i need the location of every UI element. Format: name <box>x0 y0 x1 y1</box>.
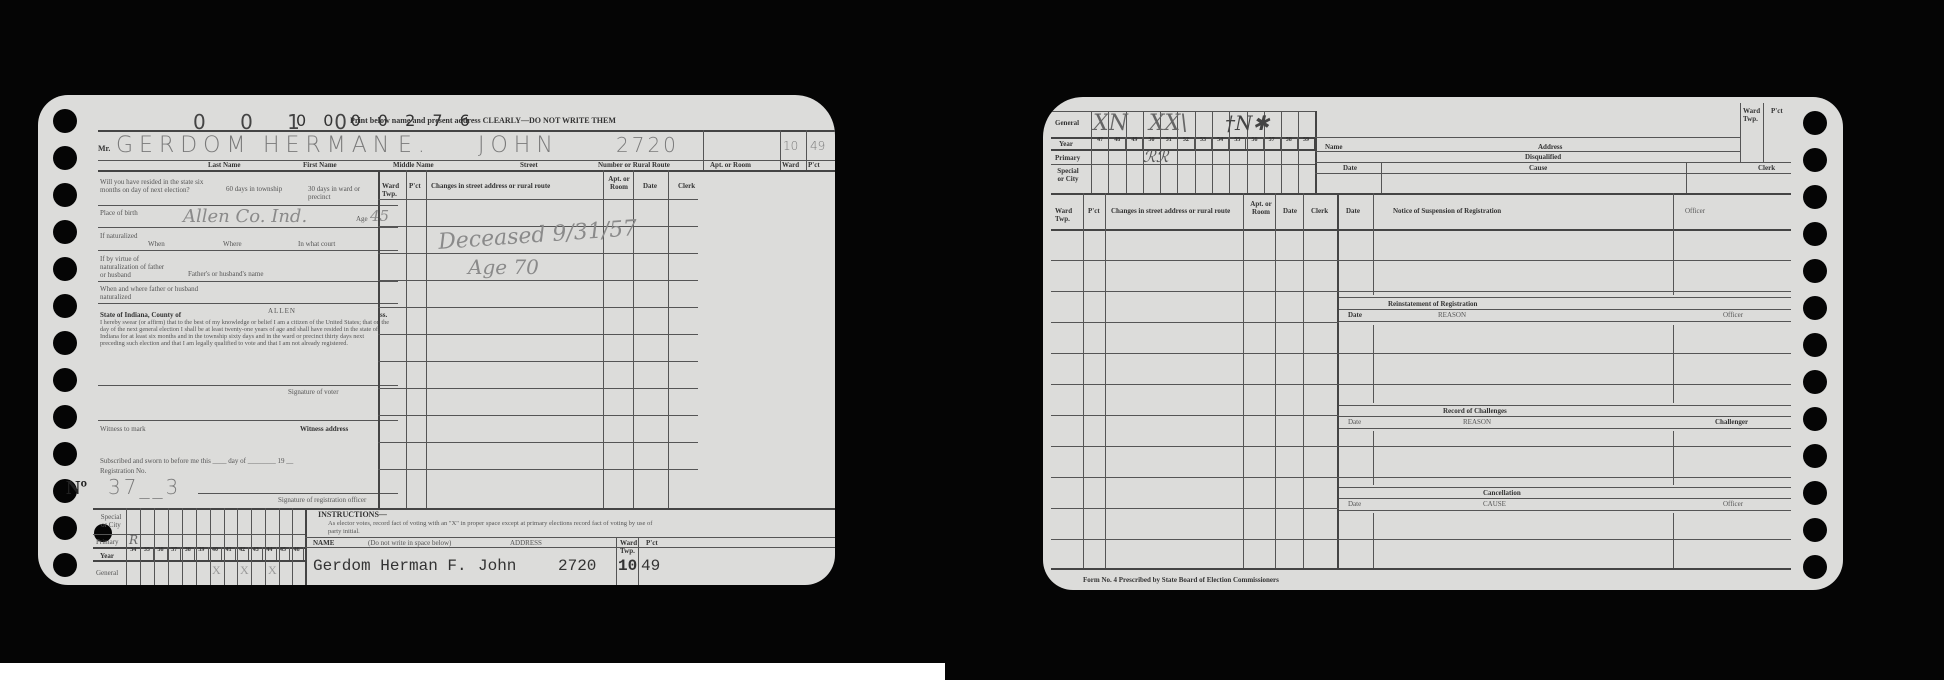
divider <box>1339 498 1791 499</box>
date-label: Date <box>1343 164 1357 172</box>
row-line <box>378 361 698 362</box>
row-general: General <box>1055 119 1079 127</box>
footer-address-header: ADDRESS <box>510 539 542 547</box>
divider <box>1381 162 1382 193</box>
grid-line <box>1212 111 1213 193</box>
col-ward-twp: Ward Twp. <box>382 182 406 198</box>
grid-line <box>1315 111 1317 193</box>
clerk-label: Clerk <box>1758 164 1775 172</box>
col-suspension-officer: Officer <box>1685 207 1705 215</box>
where-label: Where <box>223 240 242 248</box>
handwritten-age-note: Age 70 <box>468 255 539 279</box>
grid-line <box>154 508 155 585</box>
witness-address-label: Witness address <box>300 425 348 433</box>
punch-hole <box>1803 259 1827 283</box>
punch-hole <box>53 183 77 207</box>
typed-number: 2720 <box>558 557 596 575</box>
reinstatement-reason: REASON <box>1438 311 1466 319</box>
header-number: Number or Rural Route <box>598 161 670 169</box>
reinstatement-title: Reinstatement of Registration <box>1388 300 1477 308</box>
cancellation-cause: CAUSE <box>1483 500 1506 508</box>
punch-hole <box>53 553 77 577</box>
col-line <box>1243 193 1244 568</box>
grid-line <box>93 534 305 535</box>
divider <box>806 130 807 170</box>
county-value: ALLEN <box>268 307 296 315</box>
divider <box>1740 103 1741 162</box>
row-line <box>1051 446 1791 447</box>
divider <box>98 281 398 282</box>
cause-label: Cause <box>1529 164 1547 172</box>
typed-street: John <box>478 557 516 575</box>
year-cell: 52 <box>1177 137 1194 149</box>
row-primary: Primary <box>96 538 119 546</box>
signature-officer-label: Signature of registration officer <box>278 496 366 504</box>
col-suspension-notice: Notice of Suspension of Registration <box>1393 207 1501 215</box>
grid-line <box>196 508 197 585</box>
signature-voter-label: Signature of voter <box>288 388 339 396</box>
general-marks: XN XX\ <box>1093 111 1188 136</box>
row-line <box>378 199 698 200</box>
typed-name: Gerdom Herman F. <box>313 557 467 575</box>
year-cell: 35 <box>140 547 154 560</box>
header-ward: Ward <box>782 161 799 169</box>
divider <box>98 303 398 304</box>
instructions-text: As elector votes, record fact of voting … <box>328 520 658 536</box>
voter-registration-card-front: 0 0 1 0 0 0 0 0 2 7 6 Print below name a… <box>38 95 835 585</box>
divider <box>1339 510 1791 511</box>
divider <box>1339 416 1791 417</box>
year-cell: 47 <box>1091 137 1108 149</box>
primary-mark: R <box>129 533 138 547</box>
divider <box>1051 229 1791 231</box>
row-year: Year <box>100 552 114 560</box>
divider <box>1051 193 1791 195</box>
divider <box>780 130 781 170</box>
row-line <box>378 469 698 470</box>
divider <box>1339 405 1791 406</box>
challenges-challenger: Challenger <box>1715 418 1748 426</box>
grid-line <box>1281 111 1282 193</box>
disqualified-label: Disqualified <box>1525 153 1561 161</box>
col-clerk: Clerk <box>678 182 695 190</box>
punch-hole <box>53 146 77 170</box>
when-where-label: When and where father or husband natural… <box>100 285 205 301</box>
when-label: When <box>148 240 165 248</box>
grid-line <box>182 508 183 585</box>
challenges-section <box>1339 403 1791 431</box>
year-cell: 48 <box>1108 137 1125 149</box>
row-line <box>378 388 698 389</box>
naturalized-label: If naturalized <box>100 232 140 240</box>
year-cell: 34 <box>126 547 140 560</box>
grid-line <box>292 508 293 585</box>
col-date: Date <box>643 182 657 190</box>
header-first-name: First Name <box>303 161 337 169</box>
header-street: Street <box>520 161 538 169</box>
header-middle-name: Middle Name <box>393 161 434 169</box>
reinstatement-officer: Officer <box>1723 311 1743 319</box>
punch-hole <box>53 109 77 133</box>
name-label: Name <box>1325 143 1343 151</box>
year-cell: 53 <box>1194 137 1211 149</box>
handwritten-street: JOHN <box>478 133 559 158</box>
footer-name-header: NAME <box>313 539 334 547</box>
residence-question: Will you have resided in the state six m… <box>100 178 205 194</box>
divider <box>1315 137 1740 138</box>
place-of-birth-label: Place of birth <box>100 209 140 217</box>
divider <box>1763 103 1764 162</box>
col-line <box>1105 193 1106 568</box>
grid-line <box>93 560 305 562</box>
handwritten-ward: 10 <box>783 139 798 153</box>
divider <box>98 250 398 251</box>
row-line <box>1051 353 1791 354</box>
col-suspension-date: Date <box>1346 207 1360 215</box>
year-cell: 57 <box>1263 137 1280 149</box>
footer-pct-header: P'ct <box>646 539 658 547</box>
col-line <box>1303 193 1304 568</box>
cancellation-section <box>1339 485 1791 513</box>
row-line <box>378 442 698 443</box>
punch-hole <box>53 257 77 281</box>
ss-label: ss. <box>380 311 387 319</box>
col-line <box>1083 193 1084 568</box>
punch-hole <box>53 331 77 355</box>
divider <box>426 170 427 508</box>
challenges-reason: REASON <box>1463 418 1491 426</box>
row-special-city: Special or City <box>1057 167 1079 183</box>
row-line <box>378 253 698 254</box>
handwritten-number: 2720 <box>616 133 679 157</box>
punch-hole <box>1803 111 1827 135</box>
voter-registration-card-back: General Year Primary Special or City 47 … <box>1043 97 1843 590</box>
punch-hole <box>53 516 77 540</box>
general-mark-1942: X <box>240 563 249 578</box>
reinstatement-date: Date <box>1348 311 1362 319</box>
divider <box>93 508 835 510</box>
divider <box>1051 568 1791 570</box>
year-row: 34 35 36 37 38 39 40 41 42 43 44 45 46 <box>126 547 304 560</box>
col-apt: Apt. or Room <box>1248 200 1274 216</box>
grid-line <box>210 508 211 585</box>
divider <box>1339 309 1791 310</box>
grid-line <box>140 508 141 585</box>
cancellation-title: Cancellation <box>1483 489 1521 497</box>
divider <box>668 170 669 508</box>
general-marks-late: †N✱ <box>1225 111 1269 135</box>
divider <box>1339 428 1791 429</box>
punch-hole <box>1803 185 1827 209</box>
year-cell: 49 <box>1125 137 1142 149</box>
challenges-date: Date <box>1348 418 1361 426</box>
signature-line <box>98 385 398 386</box>
row-special-city: Special or City <box>98 513 124 529</box>
divider <box>1315 173 1791 174</box>
row-year: Year <box>1059 140 1073 148</box>
oath-text: I hereby swear (or affirm) that to the b… <box>100 319 390 347</box>
grid-line <box>1298 111 1299 193</box>
instructions-title: INSTRUCTIONS— <box>318 511 387 519</box>
typed-pct: 49 <box>641 557 660 575</box>
col-line <box>1275 193 1276 568</box>
row-line <box>378 280 698 281</box>
grid-line <box>126 508 127 585</box>
year-cell: 54 <box>1211 137 1228 149</box>
punch-hole <box>1803 407 1827 431</box>
township-label: 60 days in township <box>226 185 286 193</box>
col-changes: Changes in street address or rural route <box>431 182 550 190</box>
divider <box>98 227 398 228</box>
cancellation-date: Date <box>1348 500 1361 508</box>
handwritten-middle-initial: E. <box>398 133 431 158</box>
col-date: Date <box>1283 207 1297 215</box>
primary-marks: ℛℛ <box>1143 147 1169 166</box>
punch-hole <box>53 368 77 392</box>
divider <box>638 537 639 585</box>
grid-line <box>224 508 225 585</box>
header-last-name: Last Name <box>208 161 240 169</box>
row-line <box>1051 260 1791 261</box>
footer-note: (Do not write in space below) <box>368 539 451 547</box>
virtue-label: If by virtue of naturalization of father… <box>100 255 170 279</box>
col-clerk: Clerk <box>1311 207 1328 215</box>
row-line <box>1051 291 1791 292</box>
row-line <box>1051 477 1791 478</box>
title-prefix: Mr. <box>98 145 110 153</box>
divider <box>98 130 835 132</box>
punch-hole <box>1803 444 1827 468</box>
divider <box>305 537 835 538</box>
col-pct: P'ct <box>1088 207 1100 215</box>
grid-line <box>168 508 169 585</box>
handwritten-first-name: HERMAN <box>263 133 395 158</box>
number-symbol: Nº <box>66 477 87 500</box>
divider <box>98 420 398 421</box>
divider <box>378 170 380 508</box>
punch-hole <box>53 294 77 318</box>
divider <box>98 170 835 172</box>
age-label: Age <box>356 215 368 223</box>
punch-hole <box>1803 481 1827 505</box>
divider <box>1315 151 1740 152</box>
punch-hole <box>1803 296 1827 320</box>
punch-hole <box>53 220 77 244</box>
punch-hole <box>1803 370 1827 394</box>
year-cell: 59 <box>1297 137 1316 149</box>
row-line <box>378 307 698 308</box>
handwritten-deceased-note: Deceased 9/31/57 <box>437 216 638 255</box>
punch-hole <box>1803 222 1827 246</box>
form-footer: Form No. 4 Prescribed by State Board of … <box>1083 576 1279 584</box>
divider <box>1339 487 1791 488</box>
row-line <box>378 334 698 335</box>
row-line <box>1051 539 1791 540</box>
header-pct: P'ct <box>808 161 820 169</box>
divider <box>1339 297 1791 298</box>
typed-ward: 10 <box>618 557 637 575</box>
court-label: In what court <box>298 240 335 248</box>
punch-hole <box>1803 555 1827 579</box>
punch-hole <box>1803 148 1827 172</box>
year-row: 47 48 49 50 51 52 53 54 55 56 57 58 59 <box>1091 137 1316 149</box>
grid-line <box>251 508 252 585</box>
col-pct: P'ct <box>409 182 421 190</box>
handwritten-last-name: GERDOM <box>116 133 251 158</box>
col-changes: Changes in street address or rural route <box>1111 207 1230 215</box>
punch-hole <box>53 405 77 429</box>
place-of-birth-value: Allen Co. Ind. <box>183 206 307 227</box>
row-line <box>378 415 698 416</box>
cancellation-officer: Officer <box>1723 500 1743 508</box>
white-strip <box>0 663 945 680</box>
grid-line <box>279 508 280 585</box>
ward-residence-label: 30 days in ward or precinct <box>308 185 378 201</box>
general-mark-1944: X <box>268 563 277 578</box>
year-cell: 45 <box>276 547 290 560</box>
grid-line <box>265 508 266 585</box>
row-line <box>1051 384 1791 385</box>
registration-no-label: Registration No. <box>100 467 146 475</box>
father-name-label: Father's or husband's name <box>188 270 263 278</box>
divider <box>703 130 704 170</box>
divider <box>1339 321 1791 322</box>
col-ward-twp: Ward Twp. <box>1055 207 1077 223</box>
year-cell: 36 <box>153 547 167 560</box>
year-cell: 55 <box>1228 137 1245 149</box>
divider <box>406 170 407 508</box>
punch-hole <box>1803 518 1827 542</box>
witness-label: Witness to mark <box>100 425 146 433</box>
grid-line <box>237 508 238 585</box>
punch-hole <box>53 442 77 466</box>
general-mark-1940: X <box>212 563 221 578</box>
address-label: Address <box>1538 143 1562 151</box>
row-primary: Primary <box>1055 154 1080 162</box>
grid-line <box>1091 111 1092 193</box>
divider <box>616 537 617 585</box>
divider <box>305 547 835 548</box>
year-cell: 58 <box>1280 137 1297 149</box>
subscribed-label: Subscribed and sworn to before me this _… <box>100 457 293 465</box>
top-instruction: Print below name and present address CLE… <box>350 117 616 125</box>
registration-no-value: 37__3 <box>108 475 181 499</box>
divider <box>1315 162 1791 163</box>
challenges-title: Record of Challenges <box>1443 407 1507 415</box>
header-apt: Apt. or Room <box>710 161 751 169</box>
ward-twp-label: Ward Twp. <box>1743 107 1759 123</box>
pct-label: P'ct <box>1771 107 1783 115</box>
row-general: General <box>96 569 118 577</box>
divider <box>1686 162 1687 193</box>
handwritten-pct: 49 <box>810 139 825 153</box>
signature-line <box>198 493 398 494</box>
col-apt: Apt. or Room <box>606 175 632 191</box>
grid-line <box>1195 111 1196 193</box>
punch-hole <box>1803 333 1827 357</box>
oath-heading: State of Indiana, County of <box>100 311 181 319</box>
